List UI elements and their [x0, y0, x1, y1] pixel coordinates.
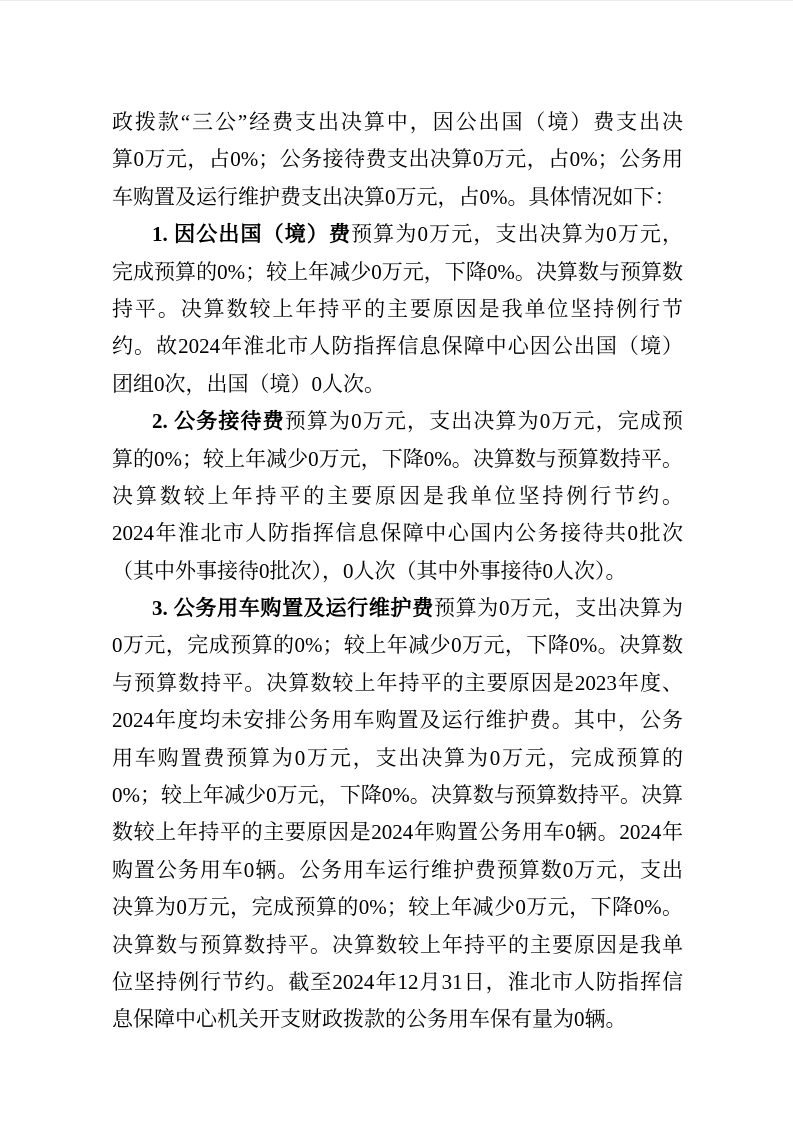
text-run: 政拨款“三公”经费支出决算中，因公出国（境）费支出决	[112, 110, 683, 134]
text-run: 算0万元，占0%；公务接待费支出决算0万元，占0%；公务用	[112, 147, 683, 171]
text-line: 0%；较上年减少0万元，下降0%。决算数与预算数持平。决算	[112, 777, 683, 814]
text-run: 2024年度均未安排公务用车购置及运行维护费。其中，公务	[112, 708, 683, 732]
text-line: 数较上年持平的主要原因是2024年购置公务用车0辆。2024年	[112, 814, 683, 851]
item-heading-run: 1. 因公出国（境）费	[152, 222, 351, 246]
text-line: 决算数较上年持平的主要原因是我单位坚持例行节约。	[112, 478, 683, 515]
intro-continuation-paragraph: 政拨款“三公”经费支出决算中，因公出国（境）费支出决算0万元，占0%；公务接待费…	[112, 104, 683, 216]
text-line: 决算为0万元，完成预算的0%；较上年减少0万元，下降0%。	[112, 889, 683, 926]
text-run: 数较上年持平的主要原因是2024年购置公务用车0辆。2024年	[112, 820, 683, 844]
item-heading-run: 2. 公务接待费	[152, 409, 285, 433]
text-line: 1. 因公出国（境）费预算为0万元，支出决算为0万元，	[112, 216, 683, 253]
text-run: 0%；较上年减少0万元，下降0%。决算数与预算数持平。决算	[112, 783, 683, 807]
text-line: 算的0%；较上年减少0万元，下降0%。决算数与预算数持平。	[112, 441, 683, 478]
text-line: 位坚持例行节约。截至2024年12月31日，淮北市人防指挥信	[112, 964, 683, 1001]
text-run: 团组0次，出国（境）0人次。	[112, 372, 385, 396]
text-run: 预算为0万元，支出决算为	[434, 596, 683, 620]
document-page: 政拨款“三公”经费支出决算中，因公出国（境）费支出决算0万元，占0%；公务接待费…	[0, 0, 793, 1122]
text-line: 完成预算的0%；较上年减少0万元，下降0%。决算数与预算数	[112, 254, 683, 291]
item-1-abroad-expense-paragraph: 1. 因公出国（境）费预算为0万元，支出决算为0万元，完成预算的0%；较上年减少…	[112, 216, 683, 403]
text-run: 算的0%；较上年减少0万元，下降0%。决算数与预算数持平。	[112, 447, 683, 471]
text-line: 2. 公务接待费预算为0万元，支出决算为0万元，完成预	[112, 403, 683, 440]
text-run: 完成预算的0%；较上年减少0万元，下降0%。决算数与预算数	[112, 260, 683, 284]
text-line: 持平。决算数较上年持平的主要原因是我单位坚持例行节	[112, 291, 683, 328]
text-line: 2024年淮北市人防指挥信息保障中心国内公务接待共0批次	[112, 515, 683, 552]
text-run: 0万元，完成预算的0%；较上年减少0万元，下降0%。决算数	[112, 633, 683, 657]
text-run: 决算数较上年持平的主要原因是我单位坚持例行节约。	[112, 484, 683, 508]
item-2-official-reception-paragraph: 2. 公务接待费预算为0万元，支出决算为0万元，完成预算的0%；较上年减少0万元…	[112, 403, 683, 590]
text-run: 预算为0万元，支出决算为0万元，完成预	[285, 409, 683, 433]
text-line: 息保障中心机关开支财政拨款的公务用车保有量为0辆。	[112, 1001, 683, 1038]
text-line: 车购置及运行维护费支出决算0万元，占0%。具体情况如下：	[112, 179, 683, 216]
text-line: 用车购置费预算为0万元，支出决算为0万元，完成预算的	[112, 740, 683, 777]
text-line: （其中外事接待0批次），0人次（其中外事接待0人次）。	[112, 553, 683, 590]
text-run: （其中外事接待0批次），0人次（其中外事接待0人次）。	[112, 559, 627, 583]
text-line: 约。故2024年淮北市人防指挥信息保障中心因公出国（境）	[112, 328, 683, 365]
page-top-edge	[0, 0, 793, 1]
text-line: 算0万元，占0%；公务接待费支出决算0万元，占0%；公务用	[112, 141, 683, 178]
text-line: 决算数与预算数持平。决算数较上年持平的主要原因是我单	[112, 927, 683, 964]
text-run: 位坚持例行节约。截至2024年12月31日，淮北市人防指挥信	[112, 970, 683, 994]
text-run: 2024年淮北市人防指挥信息保障中心国内公务接待共0批次	[112, 521, 683, 545]
text-line: 0万元，完成预算的0%；较上年减少0万元，下降0%。决算数	[112, 627, 683, 664]
document-body: 政拨款“三公”经费支出决算中，因公出国（境）费支出决算0万元，占0%；公务接待费…	[112, 104, 683, 1039]
text-line: 3. 公务用车购置及运行维护费预算为0万元，支出决算为	[112, 590, 683, 627]
text-line: 政拨款“三公”经费支出决算中，因公出国（境）费支出决	[112, 104, 683, 141]
text-run: 预算为0万元，支出决算为0万元，	[351, 222, 683, 246]
text-line: 团组0次，出国（境）0人次。	[112, 366, 683, 403]
text-line: 2024年度均未安排公务用车购置及运行维护费。其中，公务	[112, 702, 683, 739]
text-run: 购置公务用车0辆。公务用车运行维护费预算数0万元，支出	[112, 858, 683, 882]
text-line: 与预算数持平。决算数较上年持平的主要原因是2023年度、	[112, 665, 683, 702]
text-run: 车购置及运行维护费支出决算0万元，占0%。具体情况如下：	[112, 185, 676, 209]
text-run: 用车购置费预算为0万元，支出决算为0万元，完成预算的	[112, 746, 683, 770]
text-run: 决算数与预算数持平。决算数较上年持平的主要原因是我单	[112, 933, 683, 957]
text-line: 购置公务用车0辆。公务用车运行维护费预算数0万元，支出	[112, 852, 683, 889]
text-run: 持平。决算数较上年持平的主要原因是我单位坚持例行节	[112, 297, 683, 321]
text-run: 息保障中心机关开支财政拨款的公务用车保有量为0辆。	[112, 1007, 627, 1031]
item-3-vehicle-purchase-maintenance-paragraph: 3. 公务用车购置及运行维护费预算为0万元，支出决算为0万元，完成预算的0%；较…	[112, 590, 683, 1039]
item-heading-run: 3. 公务用车购置及运行维护费	[152, 596, 434, 620]
text-run: 决算为0万元，完成预算的0%；较上年减少0万元，下降0%。	[112, 895, 683, 919]
text-run: 约。故2024年淮北市人防指挥信息保障中心因公出国（境）	[112, 334, 683, 358]
text-run: 与预算数持平。决算数较上年持平的主要原因是2023年度、	[112, 671, 683, 695]
